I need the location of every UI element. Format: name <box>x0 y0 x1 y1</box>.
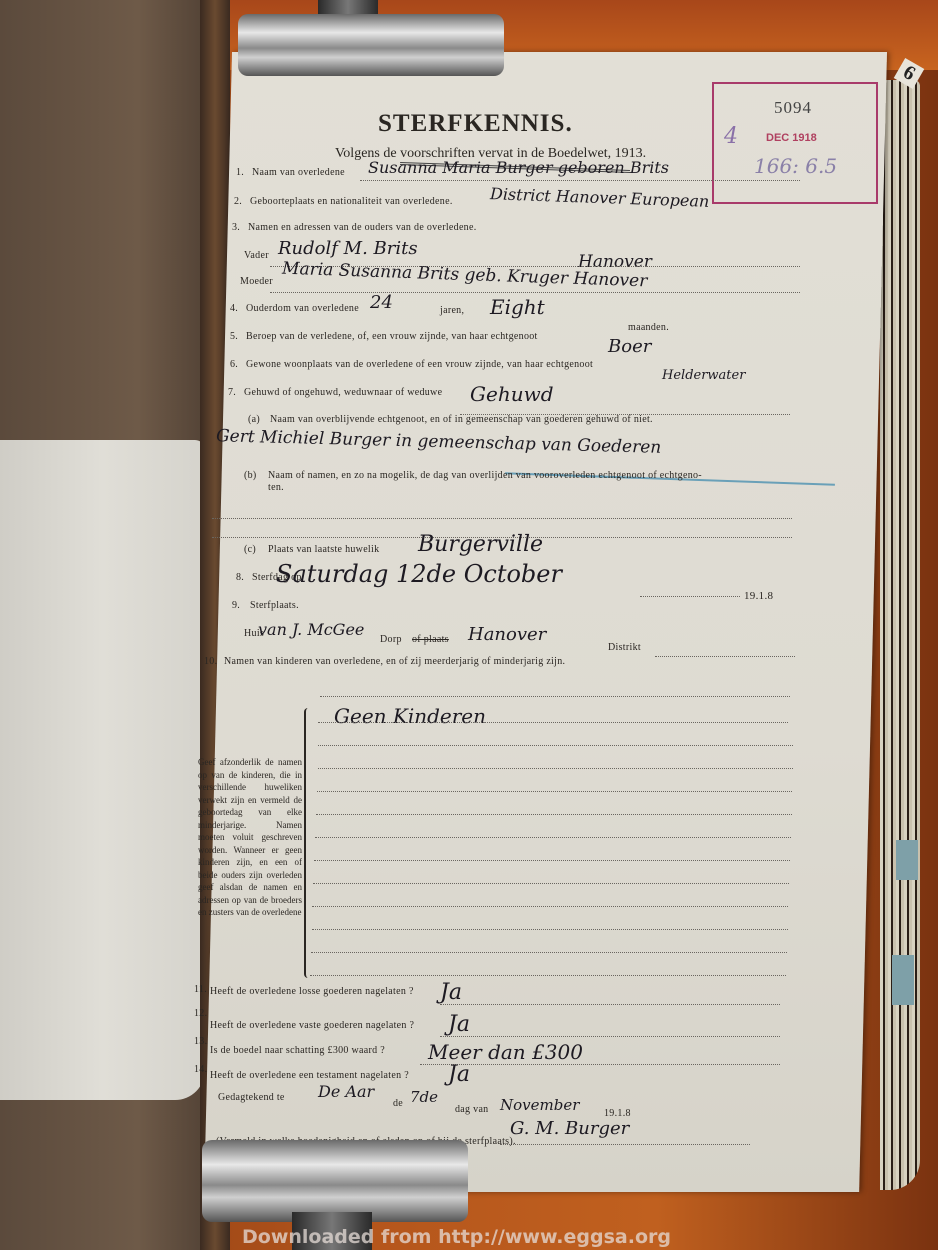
fill-line <box>312 929 788 930</box>
field-label: ten. <box>268 482 284 493</box>
field-num: 12. <box>194 1008 207 1019</box>
fill-line <box>318 745 793 746</box>
field-num: 14. <box>194 1064 207 1075</box>
fill-line <box>315 837 791 838</box>
age-years: 24 <box>370 292 393 313</box>
page-tab <box>892 955 914 1005</box>
mother-label: Moeder <box>240 276 273 287</box>
field-num: 2. <box>234 196 242 207</box>
stamp-reference: 166: 6.5 <box>754 154 837 178</box>
field-num: (c) <box>244 544 256 555</box>
fill-line <box>655 656 795 657</box>
fill-line <box>317 791 792 792</box>
district-label: Distrikt <box>608 642 641 653</box>
field-num: 9. <box>232 600 240 611</box>
testament-value: Ja <box>448 1062 470 1087</box>
months-label: maanden. <box>628 322 669 333</box>
signed-month: November <box>500 1096 579 1114</box>
fill-line <box>440 1004 780 1005</box>
document-title: STERFKENNIS. <box>378 110 573 138</box>
fill-line <box>420 1064 780 1065</box>
section-bracket <box>304 708 312 978</box>
father-label: Vader <box>244 250 269 261</box>
field-num: 4. <box>230 303 238 314</box>
fill-line <box>360 180 800 181</box>
fill-line <box>310 975 786 976</box>
deceased-name: Susanna Maria Burger geboren Brits <box>368 158 669 177</box>
field-label: Plaats van laatste huwelik <box>268 544 379 555</box>
house-value: van J. McGee <box>258 620 364 639</box>
fill-line <box>316 814 792 815</box>
field-label: Heeft de overledene vaste goederen nagel… <box>210 1020 414 1031</box>
dag-van-label: dag van <box>455 1104 488 1115</box>
field-label: Is de boedel naar schatting £300 waard ? <box>210 1045 385 1056</box>
field-label: Namen en adressen van de ouders van de o… <box>248 222 477 233</box>
town-value: Hanover <box>468 624 546 645</box>
signature: G. M. Burger <box>510 1118 629 1139</box>
field-num: 10. <box>204 656 217 667</box>
struck-text: of plaats <box>412 634 449 645</box>
field-label: Naam van overblijvende echtgenoot, en of… <box>270 414 653 425</box>
de-label: de <box>393 1098 403 1109</box>
signed-place: De Aar <box>318 1082 374 1101</box>
stamp-date: DEC 1918 <box>766 132 817 144</box>
field-num: 6. <box>230 359 238 370</box>
years-label: jaren, <box>440 305 464 316</box>
page-stack-edge <box>880 80 920 1190</box>
fill-line <box>314 860 790 861</box>
field-num: (b) <box>244 470 257 481</box>
stamp-number: 5094 <box>774 98 812 118</box>
fill-line <box>318 722 788 723</box>
age-months: Eight <box>490 295 545 319</box>
field-num: 8. <box>236 572 244 583</box>
stamp-day: 4 <box>724 124 738 149</box>
field-label: Heeft de overledene losse goederen nagel… <box>210 986 414 997</box>
occupation-value: Boer <box>608 336 651 357</box>
estate-value: Meer dan £300 <box>428 1040 583 1064</box>
children-value: Geen Kinderen <box>334 704 486 728</box>
binder-clip-bottom <box>202 1140 468 1222</box>
field-label: Heeft de overledene een testament nagela… <box>210 1070 409 1081</box>
left-blank-page <box>0 440 205 1100</box>
field-label: Gewone woonplaats van de overledene of e… <box>246 359 593 370</box>
fill-line <box>311 952 787 953</box>
father-name: Rudolf M. Brits <box>278 238 418 259</box>
field-num: 11. <box>194 984 207 995</box>
field-label: Sterfplaats. <box>250 600 299 611</box>
fill-line <box>320 696 790 697</box>
death-date-value: Saturdag 12de October <box>276 560 562 588</box>
fill-line <box>212 518 792 519</box>
field-label: Namen van kinderen van overledene, en of… <box>224 656 565 667</box>
field-num: 3. <box>232 222 240 233</box>
field-label: Ouderdom van overledene <box>246 303 359 314</box>
fill-line <box>500 1144 750 1145</box>
field-num: 5. <box>230 331 238 342</box>
fill-line <box>270 292 800 293</box>
children-instructions: Geef afzonderlik de namen op van de kind… <box>198 756 302 919</box>
page-tab <box>896 840 918 880</box>
field-label: Naam of namen, en zo na mogelik, de dag … <box>268 470 702 481</box>
fill-line <box>312 906 788 907</box>
field-num: (a) <box>248 414 260 425</box>
town-label: Dorp <box>380 634 402 645</box>
fill-line <box>318 768 793 769</box>
fill-line <box>313 883 789 884</box>
movable-goods-value: Ja <box>440 980 462 1005</box>
signed-label: Gedagtekend te <box>218 1092 285 1103</box>
fill-line <box>640 596 740 597</box>
field-label: Naam van overledene <box>252 167 345 178</box>
field-num: 7. <box>228 387 236 398</box>
field-label: Beroep van de verledene, of, een vrouw z… <box>246 331 538 342</box>
field-label: Gehuwd of ongehuwd, weduwnaar of weduwe <box>244 387 442 398</box>
fixed-goods-value: Ja <box>448 1012 470 1037</box>
residence-value: Helderwater <box>662 368 745 383</box>
signed-day: 7de <box>410 1088 438 1106</box>
binder-clip-top <box>238 14 504 76</box>
last-marriage-place: Burgerville <box>418 532 543 557</box>
watermark: Downloaded from http://www.eggsa.org <box>242 1226 671 1248</box>
field-label: Geboorteplaats en nationaliteit van over… <box>250 196 453 207</box>
field-num: 13. <box>194 1036 207 1047</box>
marital-status-value: Gehuwd <box>470 382 554 406</box>
fill-line <box>440 1036 780 1037</box>
registry-stamp: 5094 4 DEC 1918 166: 6.5 <box>712 82 878 204</box>
field-num: 1. <box>236 167 244 178</box>
death-year: 19.1.8 <box>744 590 773 602</box>
